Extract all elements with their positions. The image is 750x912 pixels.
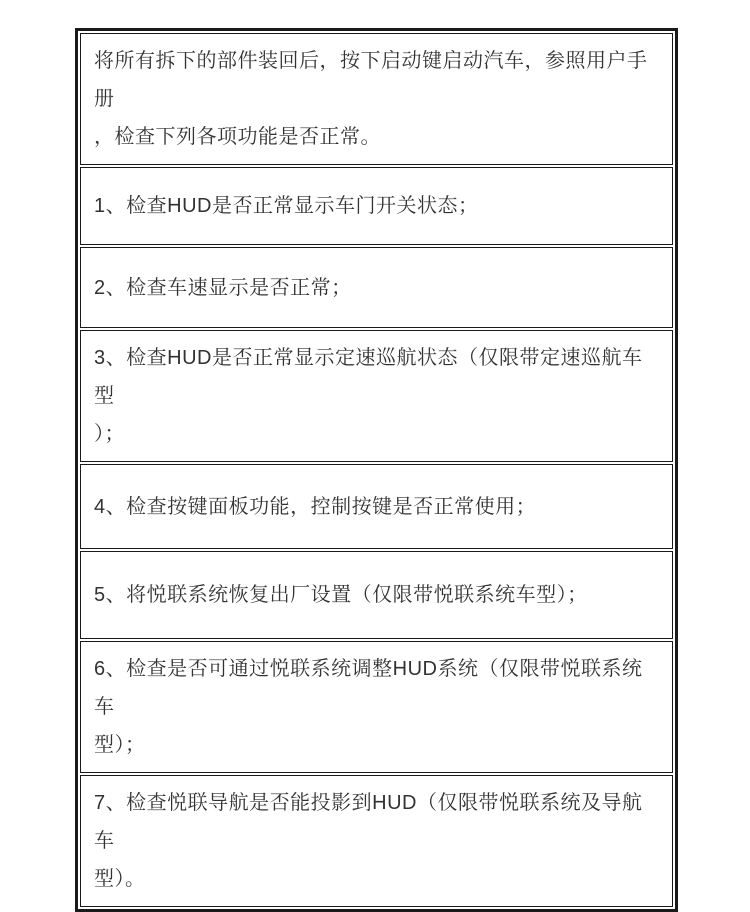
checklist-item-3: 3、检查HUD是否正常显示定速巡航状态（仅限带定速巡航车型 ）；	[80, 330, 673, 462]
table-row: 7、检查悦联导航是否能投影到HUD（仅限带悦联系统及导航车 型）。	[80, 775, 673, 907]
checklist-item-1: 1、检查HUD是否正常显示车门开关状态；	[80, 167, 673, 245]
table-row: 4、检查按键面板功能，控制按键是否正常使用；	[80, 464, 673, 549]
checklist-item-4: 4、检查按键面板功能，控制按键是否正常使用；	[80, 464, 673, 549]
checklist-table: 将所有拆下的部件装回后，按下启动键启动汽车，参照用户手册 ，检查下列各项功能是否…	[75, 28, 678, 912]
table-row: 2、检查车速显示是否正常；	[80, 247, 673, 328]
intro-cell: 将所有拆下的部件装回后，按下启动键启动汽车，参照用户手册 ，检查下列各项功能是否…	[80, 33, 673, 165]
table-row: 6、检查是否可通过悦联系统调整HUD系统（仅限带悦联系统车 型）；	[80, 641, 673, 773]
checklist-item-7: 7、检查悦联导航是否能投影到HUD（仅限带悦联系统及导航车 型）。	[80, 775, 673, 907]
table-row: 5、将悦联系统恢复出厂设置（仅限带悦联系统车型）；	[80, 551, 673, 639]
table-row: 3、检查HUD是否正常显示定速巡航状态（仅限带定速巡航车型 ）；	[80, 330, 673, 462]
table-row: 1、检查HUD是否正常显示车门开关状态；	[80, 167, 673, 245]
checklist-item-2: 2、检查车速显示是否正常；	[80, 247, 673, 328]
checklist-item-5: 5、将悦联系统恢复出厂设置（仅限带悦联系统车型）；	[80, 551, 673, 639]
table-row: 将所有拆下的部件装回后，按下启动键启动汽车，参照用户手册 ，检查下列各项功能是否…	[80, 33, 673, 165]
checklist-item-6: 6、检查是否可通过悦联系统调整HUD系统（仅限带悦联系统车 型）；	[80, 641, 673, 773]
manual-page: 将所有拆下的部件装回后，按下启动键启动汽车，参照用户手册 ，检查下列各项功能是否…	[0, 0, 750, 731]
